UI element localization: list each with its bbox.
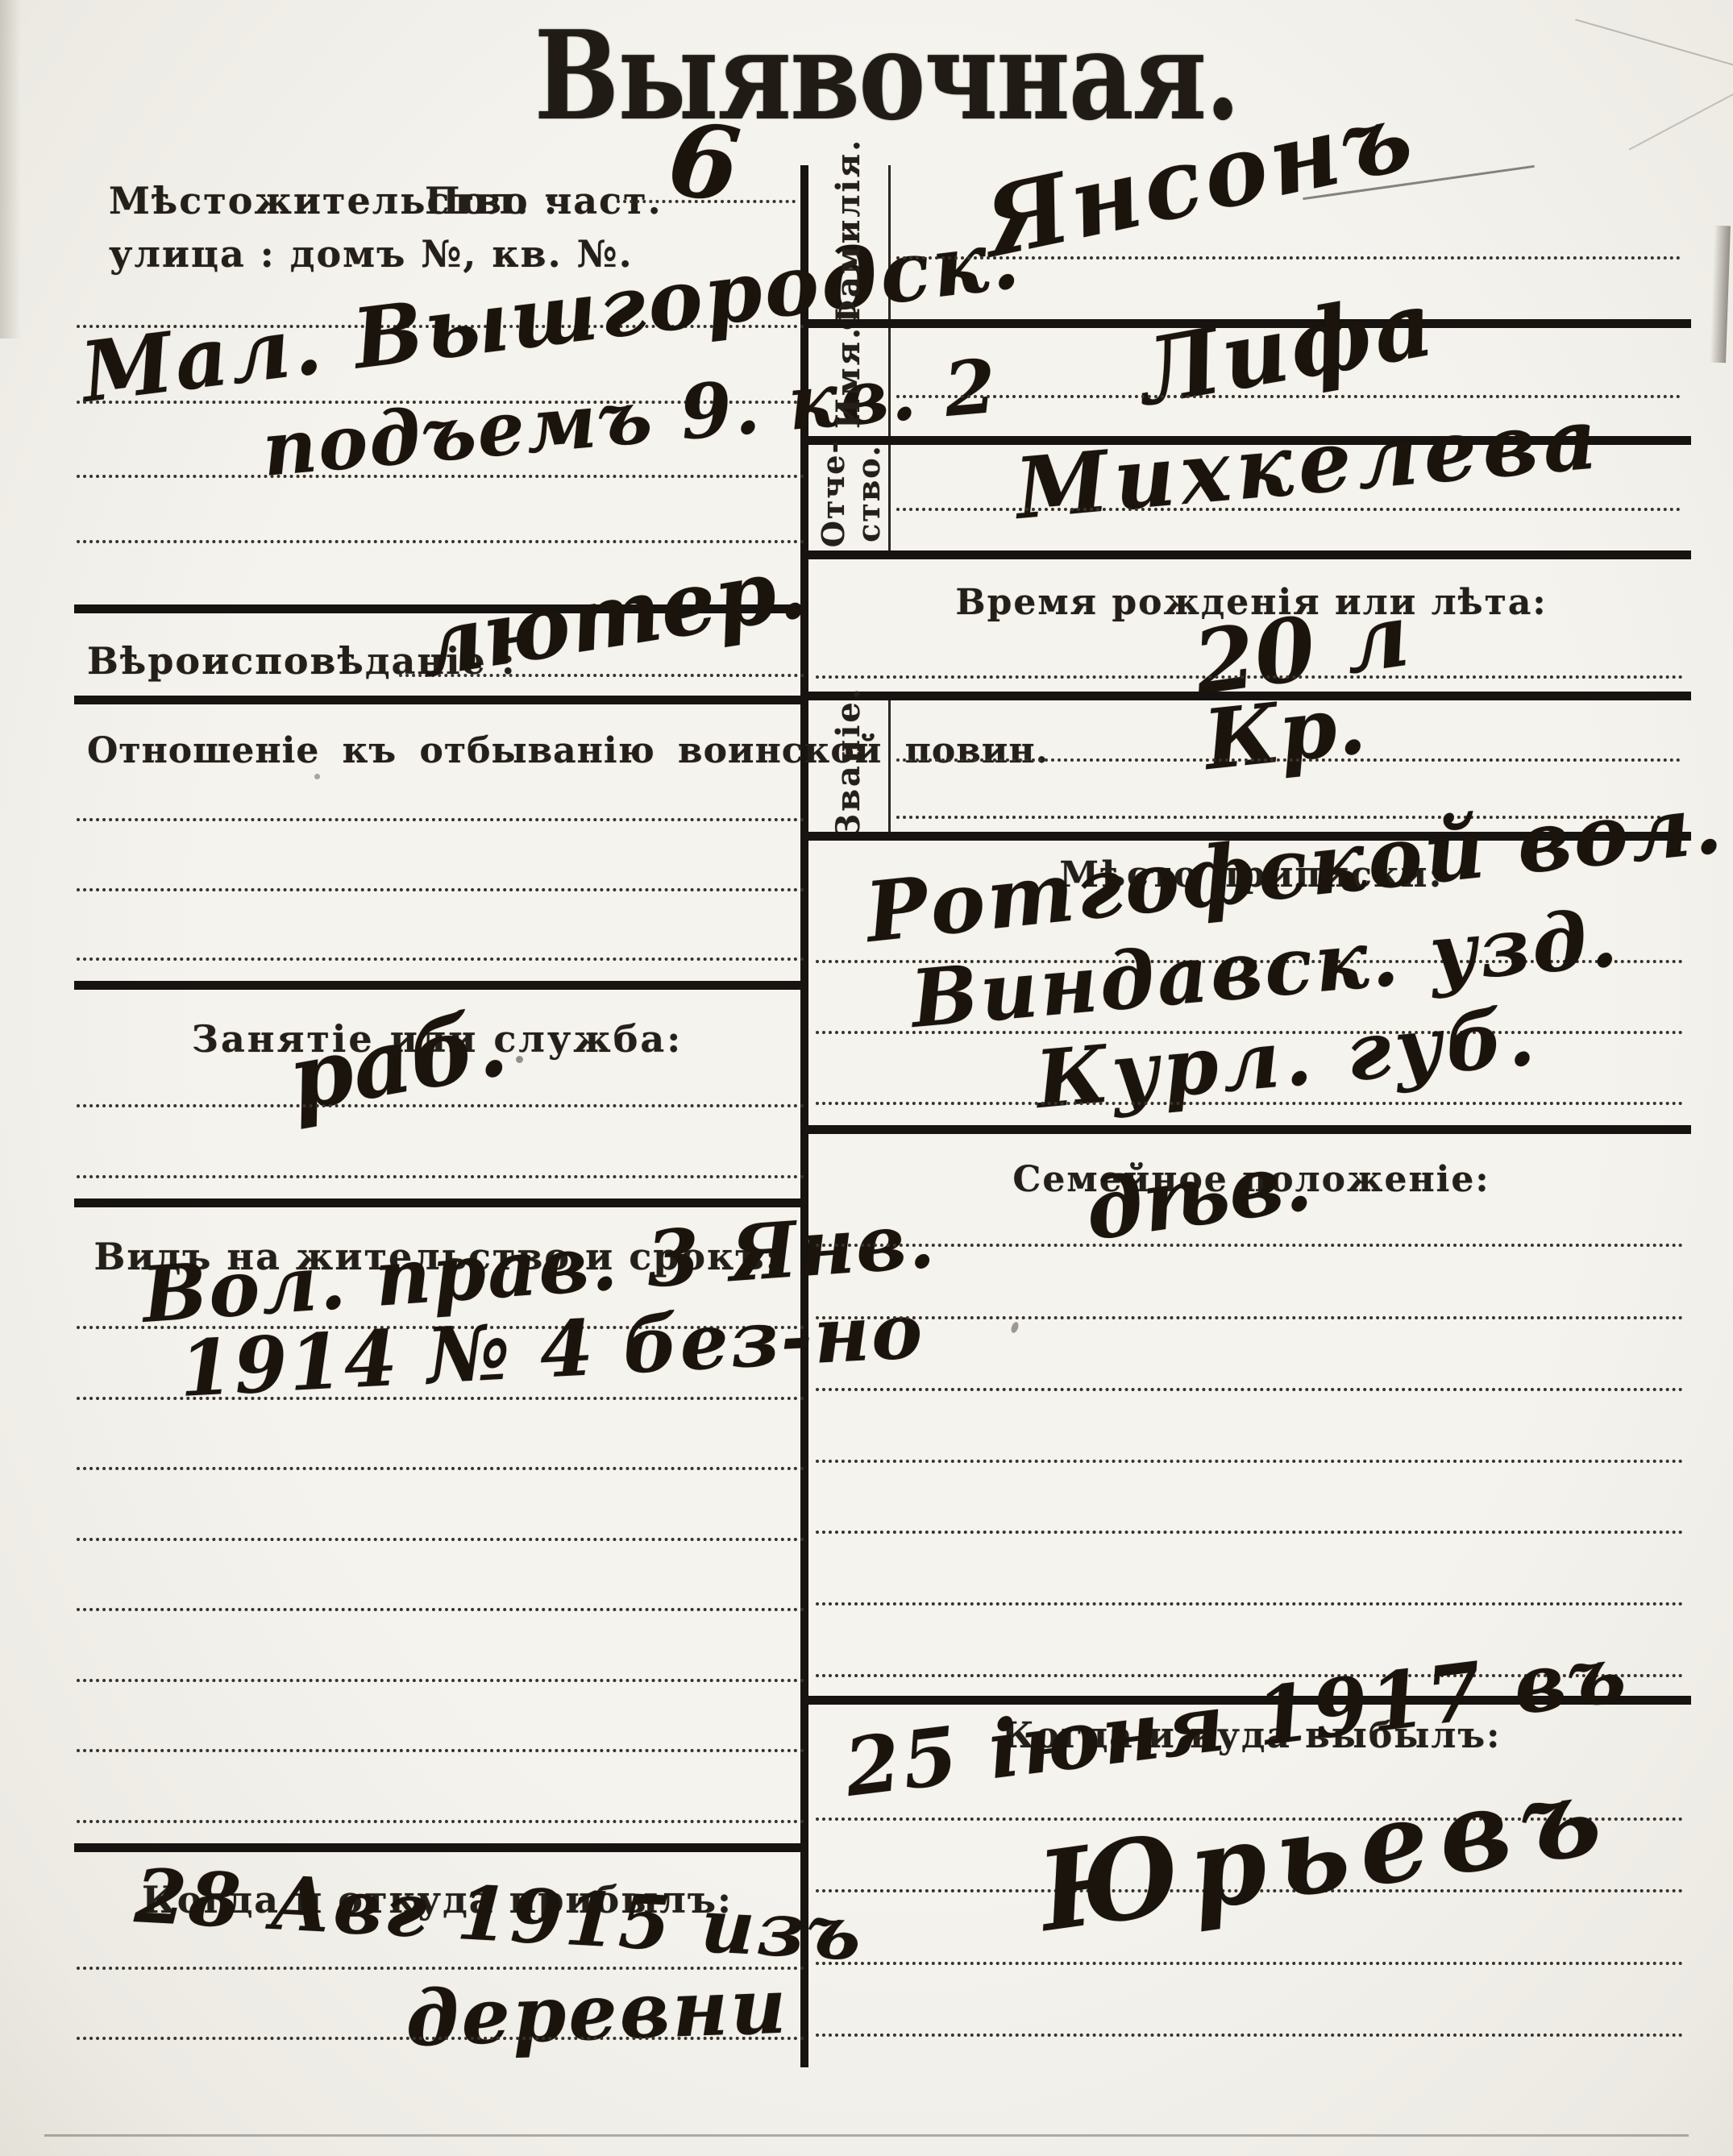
page: Выявочная. Мѣстожительство : Пол. част. … xyxy=(0,0,1733,2156)
dotted-line xyxy=(816,1531,1683,1534)
dotted-line xyxy=(77,1397,804,1400)
religion-value: лютер. xyxy=(414,543,812,690)
dotted-line xyxy=(77,1104,804,1107)
patronymic-label-line1: Отче- xyxy=(815,439,851,547)
dotted-line xyxy=(896,508,1681,511)
patronymic-label-line2: ство. xyxy=(850,444,887,542)
arrival-handwriting-line1: 28 Авг 1915 изъ xyxy=(133,1859,865,1971)
dotted-line xyxy=(816,1460,1683,1463)
dotted-line xyxy=(816,1388,1683,1391)
dotted-line xyxy=(77,1467,804,1470)
rank-value: Кр. xyxy=(1200,683,1369,782)
scan-artifact xyxy=(1710,226,1731,363)
section-rule xyxy=(74,981,804,990)
dotted-line xyxy=(77,888,804,891)
doc-title: Выявочная. xyxy=(503,8,1270,143)
dotted-line xyxy=(77,1175,804,1178)
dotted-line xyxy=(816,1602,1683,1606)
residence-part-value: 6 xyxy=(664,110,745,217)
dotted-line xyxy=(77,1679,804,1682)
scan-artifact xyxy=(0,0,21,339)
rank-label: Званіе. xyxy=(825,673,873,850)
dotted-line xyxy=(816,1962,1683,1965)
scan-artifact xyxy=(1575,19,1733,71)
dotted-line xyxy=(77,540,804,543)
dotted-line xyxy=(77,1820,804,1823)
dotted-line xyxy=(77,1538,804,1541)
column-divider xyxy=(800,165,808,2067)
dotted-line xyxy=(896,758,1681,762)
dotted-line xyxy=(77,958,804,961)
dotted-line xyxy=(816,675,1683,679)
section-rule xyxy=(808,1125,1691,1134)
section-rule xyxy=(74,696,804,704)
scan-artifact xyxy=(1010,1321,1020,1334)
section-rule xyxy=(74,1198,804,1207)
section-rule xyxy=(74,1843,804,1852)
family-status-value: дѣв. xyxy=(1081,1140,1316,1252)
bottom-edge-line xyxy=(44,2134,1689,2137)
dotted-line xyxy=(816,1316,1683,1319)
departure-handwriting-line2: Юрьевъ xyxy=(1033,1759,1618,1946)
dotted-line xyxy=(77,2037,804,2040)
arrival-handwriting-line2: деревни xyxy=(405,1967,790,2058)
dotted-line xyxy=(816,1244,1683,1247)
section-rule xyxy=(808,550,1691,559)
dotted-line xyxy=(816,2033,1683,2037)
dotted-line xyxy=(896,256,1681,260)
dotted-line xyxy=(77,818,804,821)
dotted-line xyxy=(77,1608,804,1611)
scan-artifact xyxy=(1629,77,1733,151)
dotted-line xyxy=(816,1102,1683,1105)
scan-artifact xyxy=(314,774,320,779)
military-duty-label: Отношеніе къ отбыванію воинской повин. xyxy=(87,730,1049,771)
dotted-line xyxy=(77,475,804,478)
dotted-line xyxy=(77,1749,804,1752)
